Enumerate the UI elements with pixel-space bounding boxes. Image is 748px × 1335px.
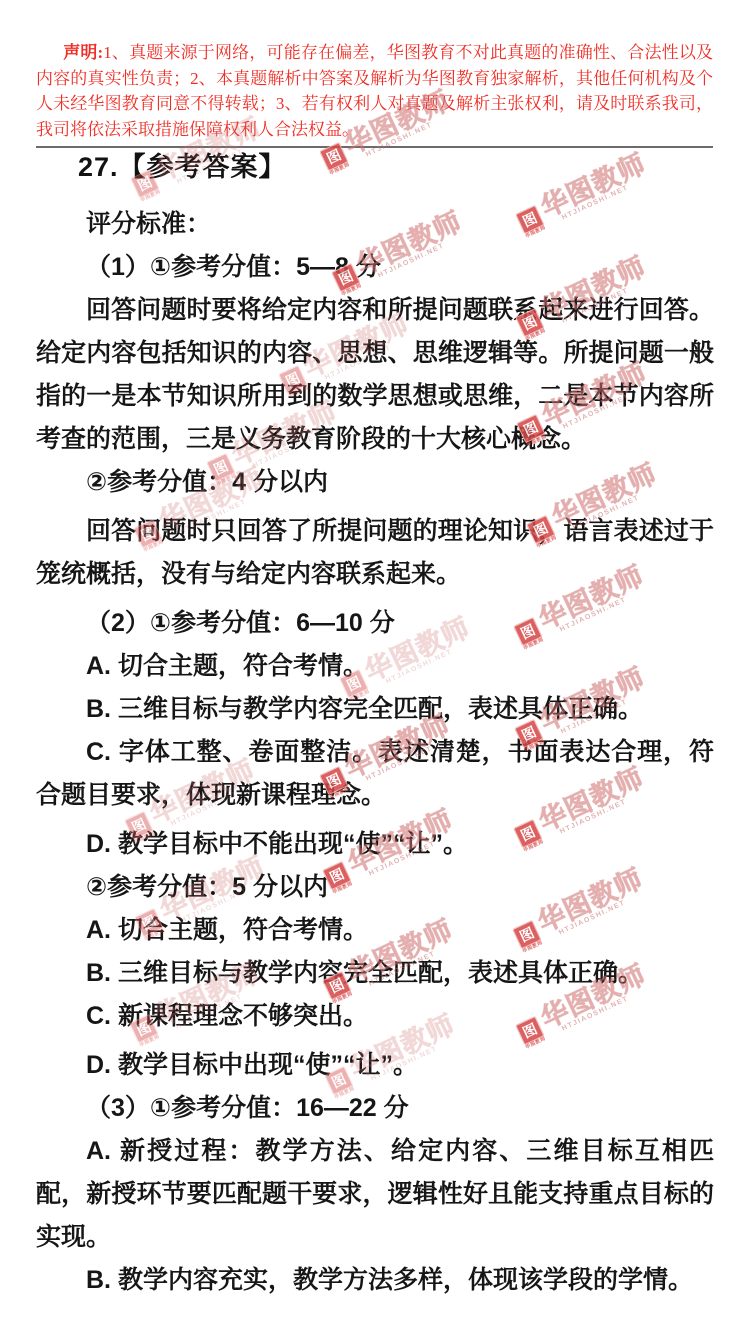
huatu-logo-subtext: 华图教师	[329, 163, 351, 177]
answer-paragraph: 评分标准：	[36, 203, 714, 246]
answer-paragraph: （3）①参考分值：16—22 分	[36, 1087, 714, 1130]
answer-paragraph: C. 新课程理念不够突出。	[36, 995, 714, 1038]
huatu-logo-subtext: 华图教师	[140, 190, 162, 204]
answer-content: 评分标准：（1）①参考分值：5—8 分回答问题时要将给定内容和所提问题联系起来进…	[36, 203, 714, 1302]
answer-paragraph: A. 切合主题，符合考情。	[36, 909, 714, 952]
answer-paragraph: B. 教学内容充实，教学方法多样，体现该学段的学情。	[36, 1259, 714, 1302]
answer-paragraph: 回答问题时只回答了所提问题的理论知识，语言表述过于笼统概括，没有与给定内容联系起…	[36, 510, 714, 596]
answer-paragraph: B. 三维目标与教学内容完全匹配，表述具体正确。	[36, 688, 714, 731]
document-page: 声明:1、真题来源于网络，可能存在偏差，华图教育不对此真题的准确性、合法性以及内…	[0, 0, 748, 1335]
disclaimer-body: 1、真题来源于网络，可能存在偏差，华图教育不对此真题的准确性、合法性以及内容的真…	[36, 43, 713, 139]
divider-line	[36, 146, 713, 148]
answer-paragraph: A. 新授过程：教学方法、给定内容、三维目标互相匹配，新授环节要匹配题干要求，逻…	[36, 1130, 714, 1259]
answer-paragraph: （2）①参考分值：6—10 分	[36, 602, 714, 645]
answer-paragraph: D. 教学目标中出现“使”“让”。	[36, 1044, 714, 1087]
answer-paragraph: D. 教学目标中不能出现“使”“让”。	[36, 823, 714, 866]
answer-paragraph: （1）①参考分值：5—8 分	[36, 246, 714, 289]
disclaimer: 声明:1、真题来源于网络，可能存在偏差，华图教育不对此真题的准确性、合法性以及内…	[36, 40, 713, 142]
disclaimer-label: 声明:	[63, 43, 103, 62]
answer-paragraph: 回答问题时要将给定内容和所提问题联系起来进行回答。给定内容包括知识的内容、思想、…	[36, 289, 714, 461]
answer-paragraph: ②参考分值：5 分以内	[36, 866, 714, 909]
answer-paragraph: B. 三维目标与教学内容完全匹配，表述具体正确。	[36, 952, 714, 995]
answer-title: 27.【参考答案】	[78, 150, 287, 184]
answer-paragraph: ②参考分值：4 分以内	[36, 461, 714, 504]
answer-paragraph: C. 字体工整、卷面整洁。表述清楚，书面表达合理，符合题目要求，体现新课程理念。	[36, 731, 714, 817]
answer-paragraph: A. 切合主题，符合考情。	[36, 645, 714, 688]
